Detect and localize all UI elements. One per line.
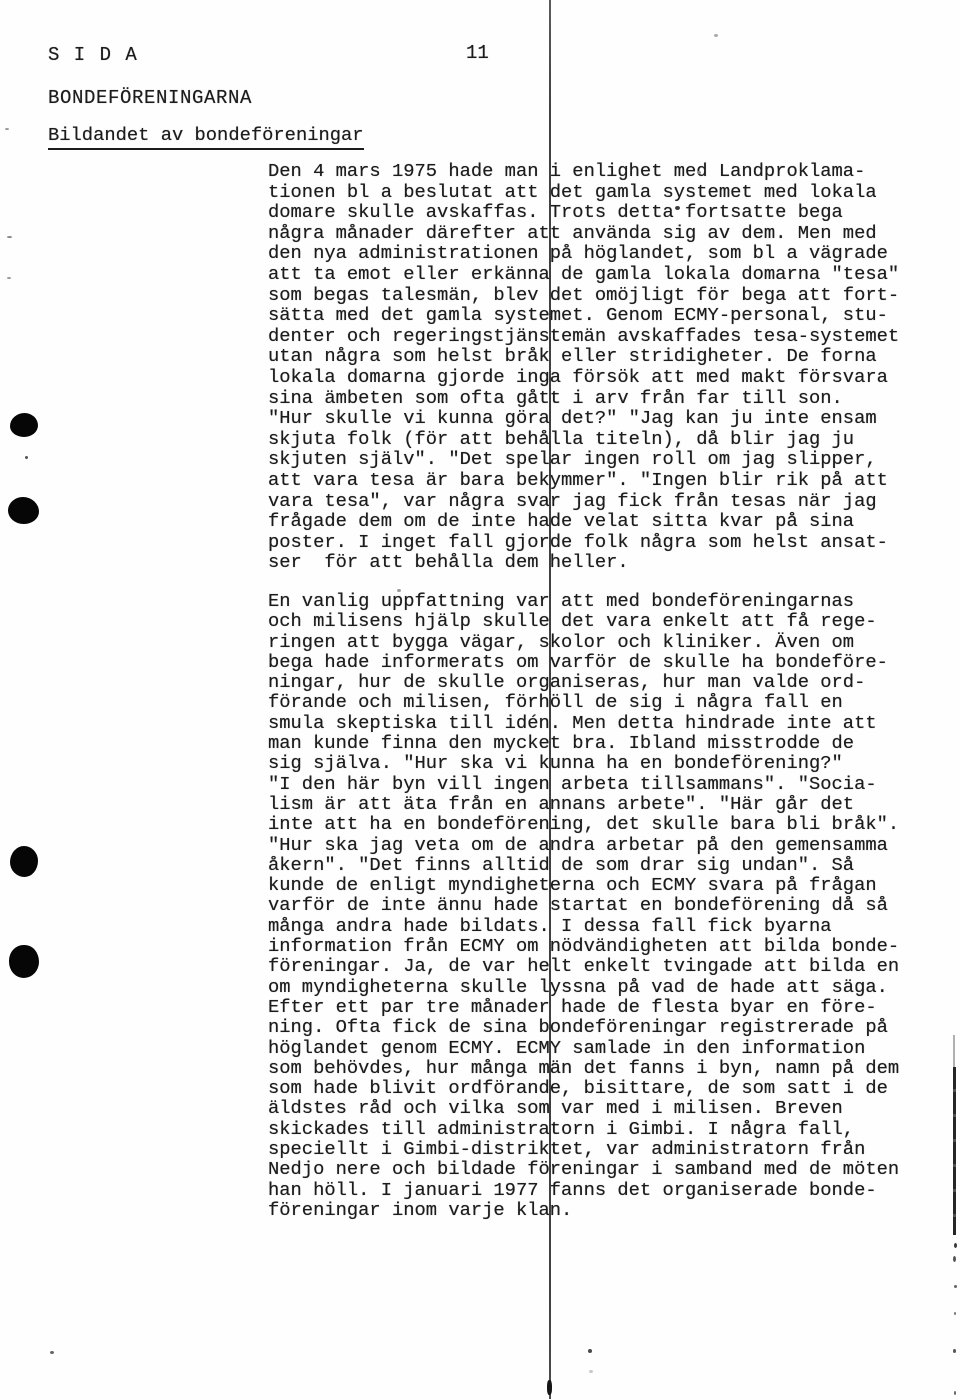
right-margin-dashed-line xyxy=(953,1067,956,1235)
scan-speck xyxy=(397,589,401,592)
scan-speck xyxy=(5,128,9,130)
right-margin-line-faint-segment xyxy=(953,1035,955,1067)
scan-speck xyxy=(50,1351,54,1354)
scan-speck xyxy=(589,1370,593,1373)
scan-speck xyxy=(954,1285,957,1288)
scan-speck xyxy=(7,236,12,238)
scan-speck xyxy=(25,456,28,459)
scan-speck xyxy=(954,1243,957,1248)
body-paragraph-1: Den 4 mars 1975 hade man i enlighet med … xyxy=(268,161,899,573)
page-number: 11 xyxy=(466,42,489,64)
subsection-title: Bildandet av bondeföreningar xyxy=(48,124,364,150)
vertical-fold-crease-line xyxy=(549,0,551,1399)
hole-punch-dot xyxy=(9,945,39,978)
hole-punch-dot xyxy=(10,413,38,437)
fold-line-ink-blob xyxy=(547,1380,552,1395)
scanned-document-page: S I D A 11 BONDEFÖRENINGARNA Bildandet a… xyxy=(0,0,960,1399)
scan-speck xyxy=(954,1391,956,1395)
scan-speck xyxy=(714,34,718,37)
scan-speck xyxy=(954,1312,956,1315)
scan-speck xyxy=(7,277,11,279)
body-paragraph-2: En vanlig uppfattning var att med bondef… xyxy=(268,591,899,1220)
scan-speck xyxy=(697,171,701,174)
hole-punch-dot xyxy=(8,497,39,524)
scan-speck xyxy=(953,1349,956,1353)
scan-speck xyxy=(953,1256,956,1262)
scan-speck xyxy=(588,1349,592,1353)
scan-speck xyxy=(675,206,680,210)
org-label: S I D A xyxy=(48,44,138,66)
section-title: BONDEFÖRENINGARNA xyxy=(48,87,252,109)
hole-punch-dot xyxy=(10,846,38,877)
